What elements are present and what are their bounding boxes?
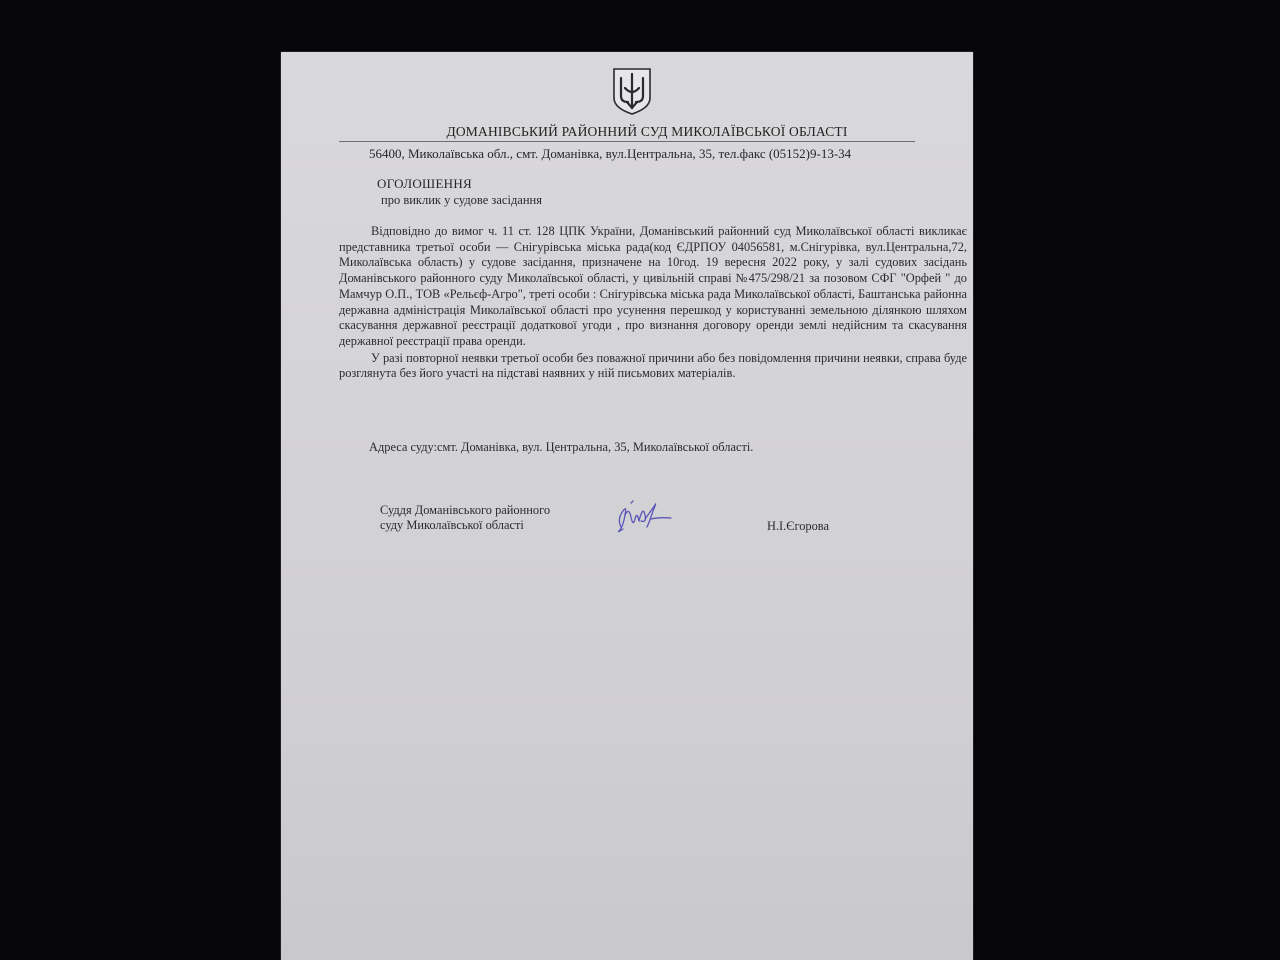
notice-paragraph-summons: Відповідно до вимог ч. 11 ст. 128 ЦПК Ук… <box>339 224 967 350</box>
signatory-position: Суддя Доманівського районного суду Микол… <box>380 503 550 533</box>
notice-title: ОГОЛОШЕННЯ <box>377 176 472 192</box>
notice-subtitle: про виклик у судове засідання <box>381 193 542 208</box>
notice-body: Відповідно до вимог ч. 11 ст. 128 ЦПК Ук… <box>339 224 967 382</box>
court-notice-page: ДОМАНІВСЬКИЙ РАЙОННИЙ СУД МИКОЛАЇВСЬКОЇ … <box>281 52 973 960</box>
notice-paragraph-absence: У разі повторної неявки третьої особи бе… <box>339 351 967 382</box>
judge-name: Н.І.Єгорова <box>767 519 829 534</box>
signatory-position-line1: Суддя Доманівського районного <box>380 503 550 518</box>
court-address-line: Адреса суду:смт. Доманівка, вул. Централ… <box>369 440 753 455</box>
handwritten-signature <box>611 497 677 537</box>
header-divider <box>339 141 915 142</box>
court-name-heading: ДОМАНІВСЬКИЙ РАЙОННИЙ СУД МИКОЛАЇВСЬКОЇ … <box>281 124 973 140</box>
court-contact-address: 56400, Миколаївська обл., смт. Доманівка… <box>369 146 851 162</box>
ukraine-coat-of-arms-icon <box>610 66 654 116</box>
signatory-position-line2: суду Миколаївської області <box>380 518 550 533</box>
photo-background: ДОМАНІВСЬКИЙ РАЙОННИЙ СУД МИКОЛАЇВСЬКОЇ … <box>0 0 1280 960</box>
